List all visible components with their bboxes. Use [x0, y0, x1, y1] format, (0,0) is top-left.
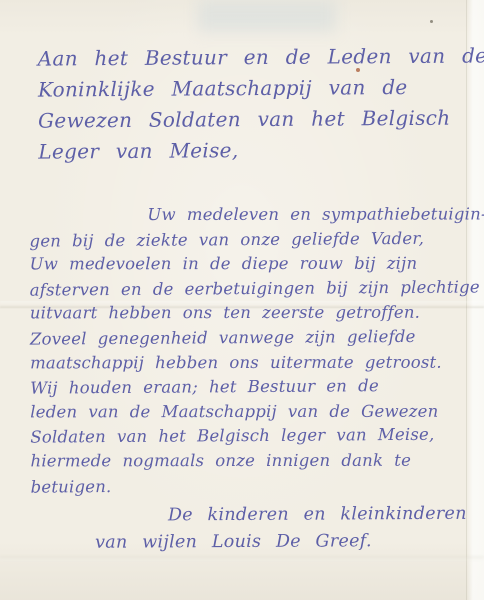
body-line: maatschappij hebben ons uitermate getroo… — [30, 350, 484, 375]
body-line: gen bij de ziekte van onze geliefde Vade… — [29, 226, 484, 254]
closing-line: De kinderen en kleinkinderen — [168, 501, 467, 530]
body-line: hiermede nogmaals onze innigen dank te — [30, 449, 484, 474]
scanned-handwritten-letter: Aan het Bestuur en de Leden van de Konin… — [0, 0, 484, 600]
body-line: Wij houden eraan; het Bestuur en de — [30, 374, 484, 402]
salutation-line: Koninklijke Maatschappij van de — [38, 71, 484, 105]
body-line: Uw medeleven en sympathiebetuigin- — [147, 202, 484, 227]
salutation-line: Gewezen Soldaten van het Belgisch — [38, 102, 484, 136]
body-line: betuigen. — [31, 472, 484, 500]
signature-line: van wijlen Louis De Greef. — [95, 528, 467, 557]
letter-body: Uw medeleven en sympathiebetuigin- gen b… — [29, 202, 484, 499]
body-line: uitvaart hebben ons ten zeerste getroffe… — [30, 301, 484, 326]
body-line: Uw medevoelen in de diepe rouw bij zijn — [30, 252, 484, 277]
body-line: Zoveel genegenheid vanwege zijn geliefde — [30, 324, 484, 352]
body-line: leden van de Maatschappij van de Gewezen — [30, 399, 484, 424]
salutation-line: Leger van Meise, — [38, 133, 484, 167]
closing-block: De kinderen en kleinkinderen van wijlen … — [0, 501, 467, 557]
salutation-block: Aan het Bestuur en de Leden van de Konin… — [38, 40, 484, 167]
ink-speck-dark — [430, 20, 433, 23]
body-line: afsterven en de eerbetuigingen bij zijn … — [30, 275, 484, 303]
body-line: Soldaten van het Belgisch leger van Meis… — [30, 423, 484, 451]
scan-light-patch — [198, 0, 336, 32]
salutation-line: Aan het Bestuur en de Leden van de — [38, 40, 484, 74]
